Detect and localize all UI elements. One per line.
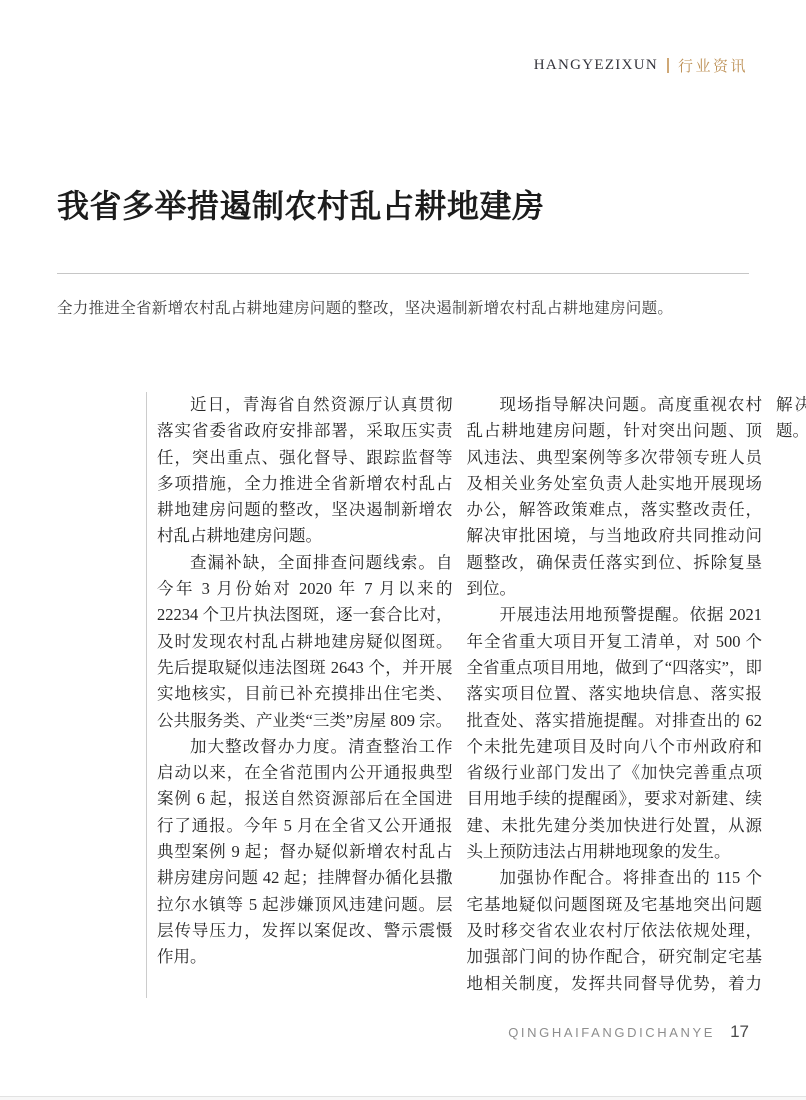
section-header-english: HANGYEZIXUN <box>534 57 658 74</box>
article-standfirst: 全力推进全省新增农村乱占耕地建房问题的整改，坚决遏制新增农村乱占耕地建房问题。 <box>57 296 757 318</box>
section-header-chinese: 行业资讯 <box>678 55 748 76</box>
title-divider-rule <box>57 273 749 274</box>
page-footer: QINGHAIFANGDICHANYE 17 <box>508 1022 749 1042</box>
page-number: 17 <box>730 1022 749 1042</box>
article-title: 我省多举措遏制农村乱占耕地建房 <box>57 181 545 227</box>
paragraph: 加大整改督办力度。清查整治工作启动以来，在全省范围内公开通报典型案例 6 起，报… <box>157 734 453 971</box>
magazine-page: HANGYEZIXUN 行业资讯 我省多举措遏制农村乱占耕地建房 全力推进全省新… <box>0 0 806 1100</box>
section-header-divider <box>667 58 669 73</box>
article-body: 近日，青海省自然资源厅认真贯彻落实省委省政府安排部署，采取压实责任，突出重点、强… <box>146 392 762 998</box>
byline: （康维海） <box>776 446 806 472</box>
paragraph: 开展违法用地预警提醒。依据 2021 年全省重大项目开复工清单，对 500 个全… <box>467 602 763 865</box>
journal-name: QINGHAIFANGDICHANYE <box>508 1025 715 1040</box>
paragraph: 近日，青海省自然资源厅认真贯彻落实省委省政府安排部署，采取压实责任，突出重点、强… <box>157 392 453 550</box>
paragraph: 现场指导解决问题。高度重视农村乱占耕地建房问题，针对突出问题、顶风违法、典型案例… <box>467 392 763 602</box>
paragraph: 查漏补缺，全面排查问题线索。自今年 3 月份始对 2020 年 7 月以来的 2… <box>157 550 453 734</box>
section-header: HANGYEZIXUN 行业资讯 <box>534 55 748 76</box>
